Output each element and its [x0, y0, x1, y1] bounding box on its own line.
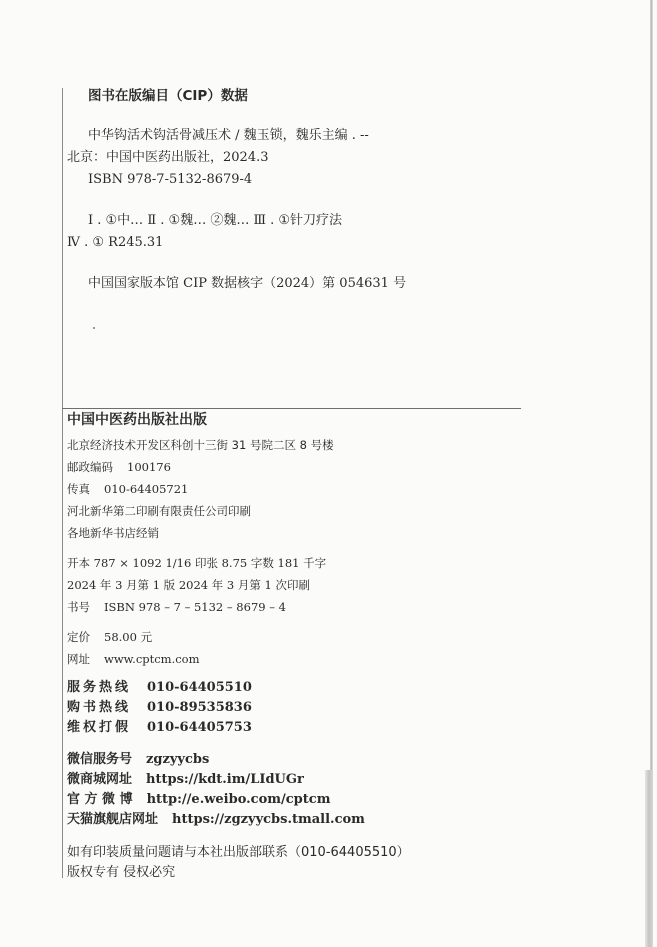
cip-classification-2: Ⅳ . ① R245.31 — [67, 235, 163, 251]
postcode-value: 100176 — [127, 460, 171, 474]
cip-verification: 中国国家版本馆 CIP 数据核字（2024）第 054631 号 — [88, 276, 406, 292]
format-specs: 开本 787 × 1092 1/16 印张 8.75 字数 181 千字 — [67, 555, 326, 571]
quality-notice: 如有印装质量问题请与本社出版部联系（010-64405510） — [67, 845, 410, 861]
left-border-rule — [62, 88, 63, 878]
cip-classification-1: Ⅰ . ①中… Ⅱ . ①魏… ②魏… Ⅲ . ①针刀疗法 — [88, 213, 342, 229]
hotline-anti-piracy: 维权打假010-64405753 — [67, 720, 252, 736]
hotline-service: 服务热线010-64405510 — [67, 680, 252, 696]
weibo-row: 官 方 微 博http://e.weibo.com/cptcm — [67, 792, 330, 808]
wechat-row: 微信服务号zgzyycbs — [67, 752, 209, 768]
distributor: 各地新华书店经销 — [67, 525, 159, 541]
cip-publisher-line: 北京：中国中医药出版社，2024.3 — [67, 150, 269, 166]
postcode-label: 邮政编码 — [67, 459, 113, 475]
website-row: 网址www.cptcm.com — [67, 651, 200, 667]
copyright-notice: 版权专有 侵权必究 — [67, 865, 175, 881]
website-link[interactable]: www.cptcm.com — [104, 652, 200, 666]
printer: 河北新华第二印刷有限责任公司印刷 — [67, 503, 251, 519]
scan-speck — [93, 327, 95, 329]
postcode-row: 邮政编码100176 — [67, 459, 171, 475]
fax-row: 传真010-64405721 — [67, 481, 188, 497]
price-row: 定价58.00 元 — [67, 629, 152, 645]
weibo-link[interactable]: http://e.weibo.com/cptcm — [147, 792, 331, 807]
section-divider — [62, 408, 521, 409]
cip-heading: 图书在版编目（CIP）数据 — [88, 88, 248, 104]
book-number-label: 书号 — [67, 599, 90, 615]
hotline-purchase: 购书热线010-89535836 — [67, 700, 252, 716]
page-edge-shadow-lower — [645, 770, 653, 947]
tmall-row: 天猫旗舰店网址https://zgzyycbs.tmall.com — [67, 812, 365, 828]
publisher-name: 中国中医药出版社出版 — [67, 412, 207, 428]
edition-info: 2024 年 3 月第 1 版 2024 年 3 月第 1 次印刷 — [67, 577, 310, 593]
price-value: 58.00 元 — [104, 630, 152, 644]
website-label: 网址 — [67, 651, 90, 667]
mall-row: 微商城网址https://kdt.im/LIdUGr — [67, 772, 304, 788]
tmall-link[interactable]: https://zgzyycbs.tmall.com — [172, 812, 365, 827]
book-number-row: 书号ISBN 978 – 7 – 5132 – 8679 – 4 — [67, 599, 286, 615]
price-label: 定价 — [67, 629, 90, 645]
cip-isbn: ISBN 978-7-5132-8679-4 — [88, 172, 252, 188]
cip-title-line: 中华钩活术钩活骨减压术 / 魏玉锁，魏乐主编 . -- — [88, 128, 369, 144]
fax-label: 传真 — [67, 481, 90, 497]
book-number-value: ISBN 978 – 7 – 5132 – 8679 – 4 — [104, 600, 286, 614]
mall-link[interactable]: https://kdt.im/LIdUGr — [146, 772, 304, 787]
fax-value: 010-64405721 — [104, 482, 188, 496]
wechat-id: zgzyycbs — [146, 752, 209, 767]
publisher-address: 北京经济技术开发区科创十三街 31 号院二区 8 号楼 — [67, 437, 334, 453]
